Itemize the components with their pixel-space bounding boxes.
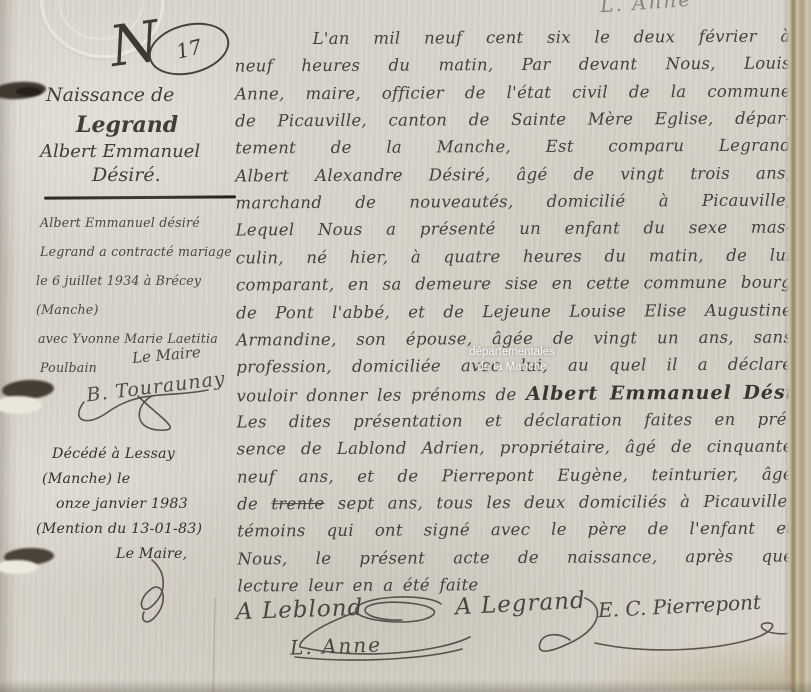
body-line-3: Anne, maire, officier de l'état civil de…	[235, 79, 791, 106]
page-bottom-shadow	[0, 680, 811, 692]
body-line-14: vouloir donner les prénoms de Albert Emm…	[236, 380, 792, 408]
witness1-signature: A Leblond	[236, 595, 364, 625]
body-line-17: neuf ans, et de Pierrepont Eugène, teint…	[237, 462, 793, 489]
death-note-line-4: (Mention du 13-01-83)	[36, 517, 241, 542]
act-title-lastname: Désiré.	[92, 164, 161, 186]
body-line-18: de trente sept ans, tous les deux domici…	[237, 489, 793, 516]
body-line-7: marchand de nouveautés, domicilié à Pica…	[235, 189, 791, 216]
body-line-16: sence de Lablond Adrien, propriétaire, â…	[237, 435, 793, 462]
binding-edge-left	[0, 0, 18, 692]
act-body-text: L'an mil neuf cent six le deux février à…	[234, 0, 793, 601]
register-page: L. Anne N 17 Naissance de Legrand Albert…	[0, 0, 811, 692]
margin-divider-rule	[44, 195, 236, 199]
father-signature: A Legrand	[454, 588, 586, 621]
watermark-line2: de la Manche	[452, 360, 572, 375]
paper-chip-spot	[0, 560, 38, 574]
death-note-line-1: Décédé à Lessay	[36, 442, 241, 467]
death-note-line-2: (Manche) le	[36, 467, 241, 492]
marriage-note-line-3: le 6 juillet 1934 à Brécey (Manche)	[36, 266, 240, 324]
mayor-signature: L. Anne	[290, 632, 383, 659]
body-line-5: tement de la Manche, Est comparu Legrand	[235, 134, 791, 161]
archives-watermark: départementales de la Manche	[452, 345, 572, 375]
body-line-20: Nous, le présent acte de naissance, aprè…	[237, 544, 793, 571]
marriage-note-line-1: Albert Emmanuel désiré	[36, 208, 240, 237]
death-note-line-3: onze janvier 1983	[36, 492, 241, 517]
body-line-2: neuf heures du matin, Par devant Nous, L…	[235, 52, 791, 79]
body-line-11: de Pont l'abbé, et de Lejeune Louise Eli…	[236, 298, 792, 325]
act-title-firstnames: Albert Emmanuel	[40, 141, 200, 162]
watermark-line1: départementales	[452, 345, 572, 360]
body-line-19: témoins qui ont signé avec le père de l'…	[237, 517, 793, 544]
registry-number: 17	[174, 34, 205, 63]
page-crease-line	[213, 598, 215, 692]
body-line-15: Les dites présentation et déclaration fa…	[237, 407, 793, 434]
body-line-1: L'an mil neuf cent six le deux février à	[235, 25, 791, 52]
act-title-surname: Legrand	[76, 112, 178, 138]
body-line-9: culin, né hier, à quatre heures du matin…	[236, 243, 792, 270]
paper-chip-spot	[0, 396, 42, 414]
act-title-line: Naissance de	[46, 84, 174, 106]
body-line-10: comparant, en sa demeure sise en cette c…	[236, 271, 792, 298]
body-line-6: Albert Alexandre Désiré, âgé de vingt tr…	[235, 161, 791, 188]
marriage-mayor-flourish-loop	[138, 396, 170, 430]
body-line-8: Lequel Nous a présenté un enfant du sexe…	[236, 216, 792, 243]
page-edge-right	[785, 0, 811, 692]
death-note-line-5: Le Maire,	[36, 542, 241, 567]
death-margin-note: Décédé à Lessay(Manche) leonze janvier 1…	[36, 442, 241, 567]
death-note-paraph	[141, 560, 163, 622]
binding-damage-spot	[16, 87, 42, 96]
marriage-note-line-2: Legrand a contracté mariage	[36, 237, 240, 266]
body-line-4: de Picauville, canton de Sainte Mère Egl…	[235, 107, 791, 134]
